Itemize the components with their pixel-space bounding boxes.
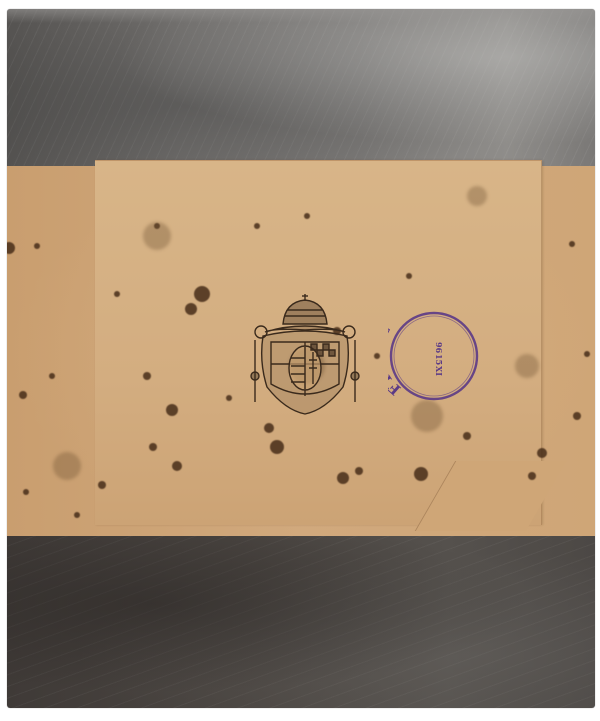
stain-spot xyxy=(185,303,197,315)
stain-spot xyxy=(270,440,284,454)
stain-spot xyxy=(7,242,15,254)
stain-spot xyxy=(355,467,363,475)
stain-spot xyxy=(374,353,380,359)
metal-box-bottom xyxy=(7,534,595,708)
stain-spot xyxy=(337,472,349,484)
stain-spot xyxy=(74,512,80,518)
stain-spot xyxy=(573,412,581,420)
postmark-date-month: XI xyxy=(434,366,444,376)
faint-stain xyxy=(53,452,81,480)
stain-spot xyxy=(463,432,471,440)
stain-spot xyxy=(528,472,536,480)
faint-stain xyxy=(411,400,443,432)
stain-spot xyxy=(264,423,274,433)
stain-spot xyxy=(166,404,178,416)
paper-torn-corner xyxy=(415,461,566,531)
stain-spot xyxy=(569,241,575,247)
stain-spot xyxy=(19,391,27,399)
fiume-postmark-stamp: FIUME 96 15 XI xyxy=(388,310,480,402)
stain-spot xyxy=(149,443,157,451)
stain-spot xyxy=(537,448,547,458)
stain-spot xyxy=(143,372,151,380)
stain-spot xyxy=(254,223,260,229)
stain-spot xyxy=(114,291,120,297)
stain-spot xyxy=(406,273,412,279)
stain-spot xyxy=(584,351,590,357)
stain-spot xyxy=(194,286,210,302)
faint-stain xyxy=(467,186,487,206)
stain-spot xyxy=(414,467,428,481)
faint-stain xyxy=(515,354,539,378)
stain-spot xyxy=(23,489,29,495)
stain-spot xyxy=(226,395,232,401)
stain-spot xyxy=(34,243,40,249)
faint-stain xyxy=(143,222,171,250)
coat-of-arms-icon xyxy=(245,292,365,422)
metal-lid-top xyxy=(7,9,595,169)
stain-spot xyxy=(172,461,182,471)
stain-spot xyxy=(49,373,55,379)
postmark-date-year: 96 xyxy=(434,342,444,354)
postmark-date-day: 15 xyxy=(434,354,444,365)
stain-spot xyxy=(304,213,310,219)
stain-spot xyxy=(98,481,106,489)
